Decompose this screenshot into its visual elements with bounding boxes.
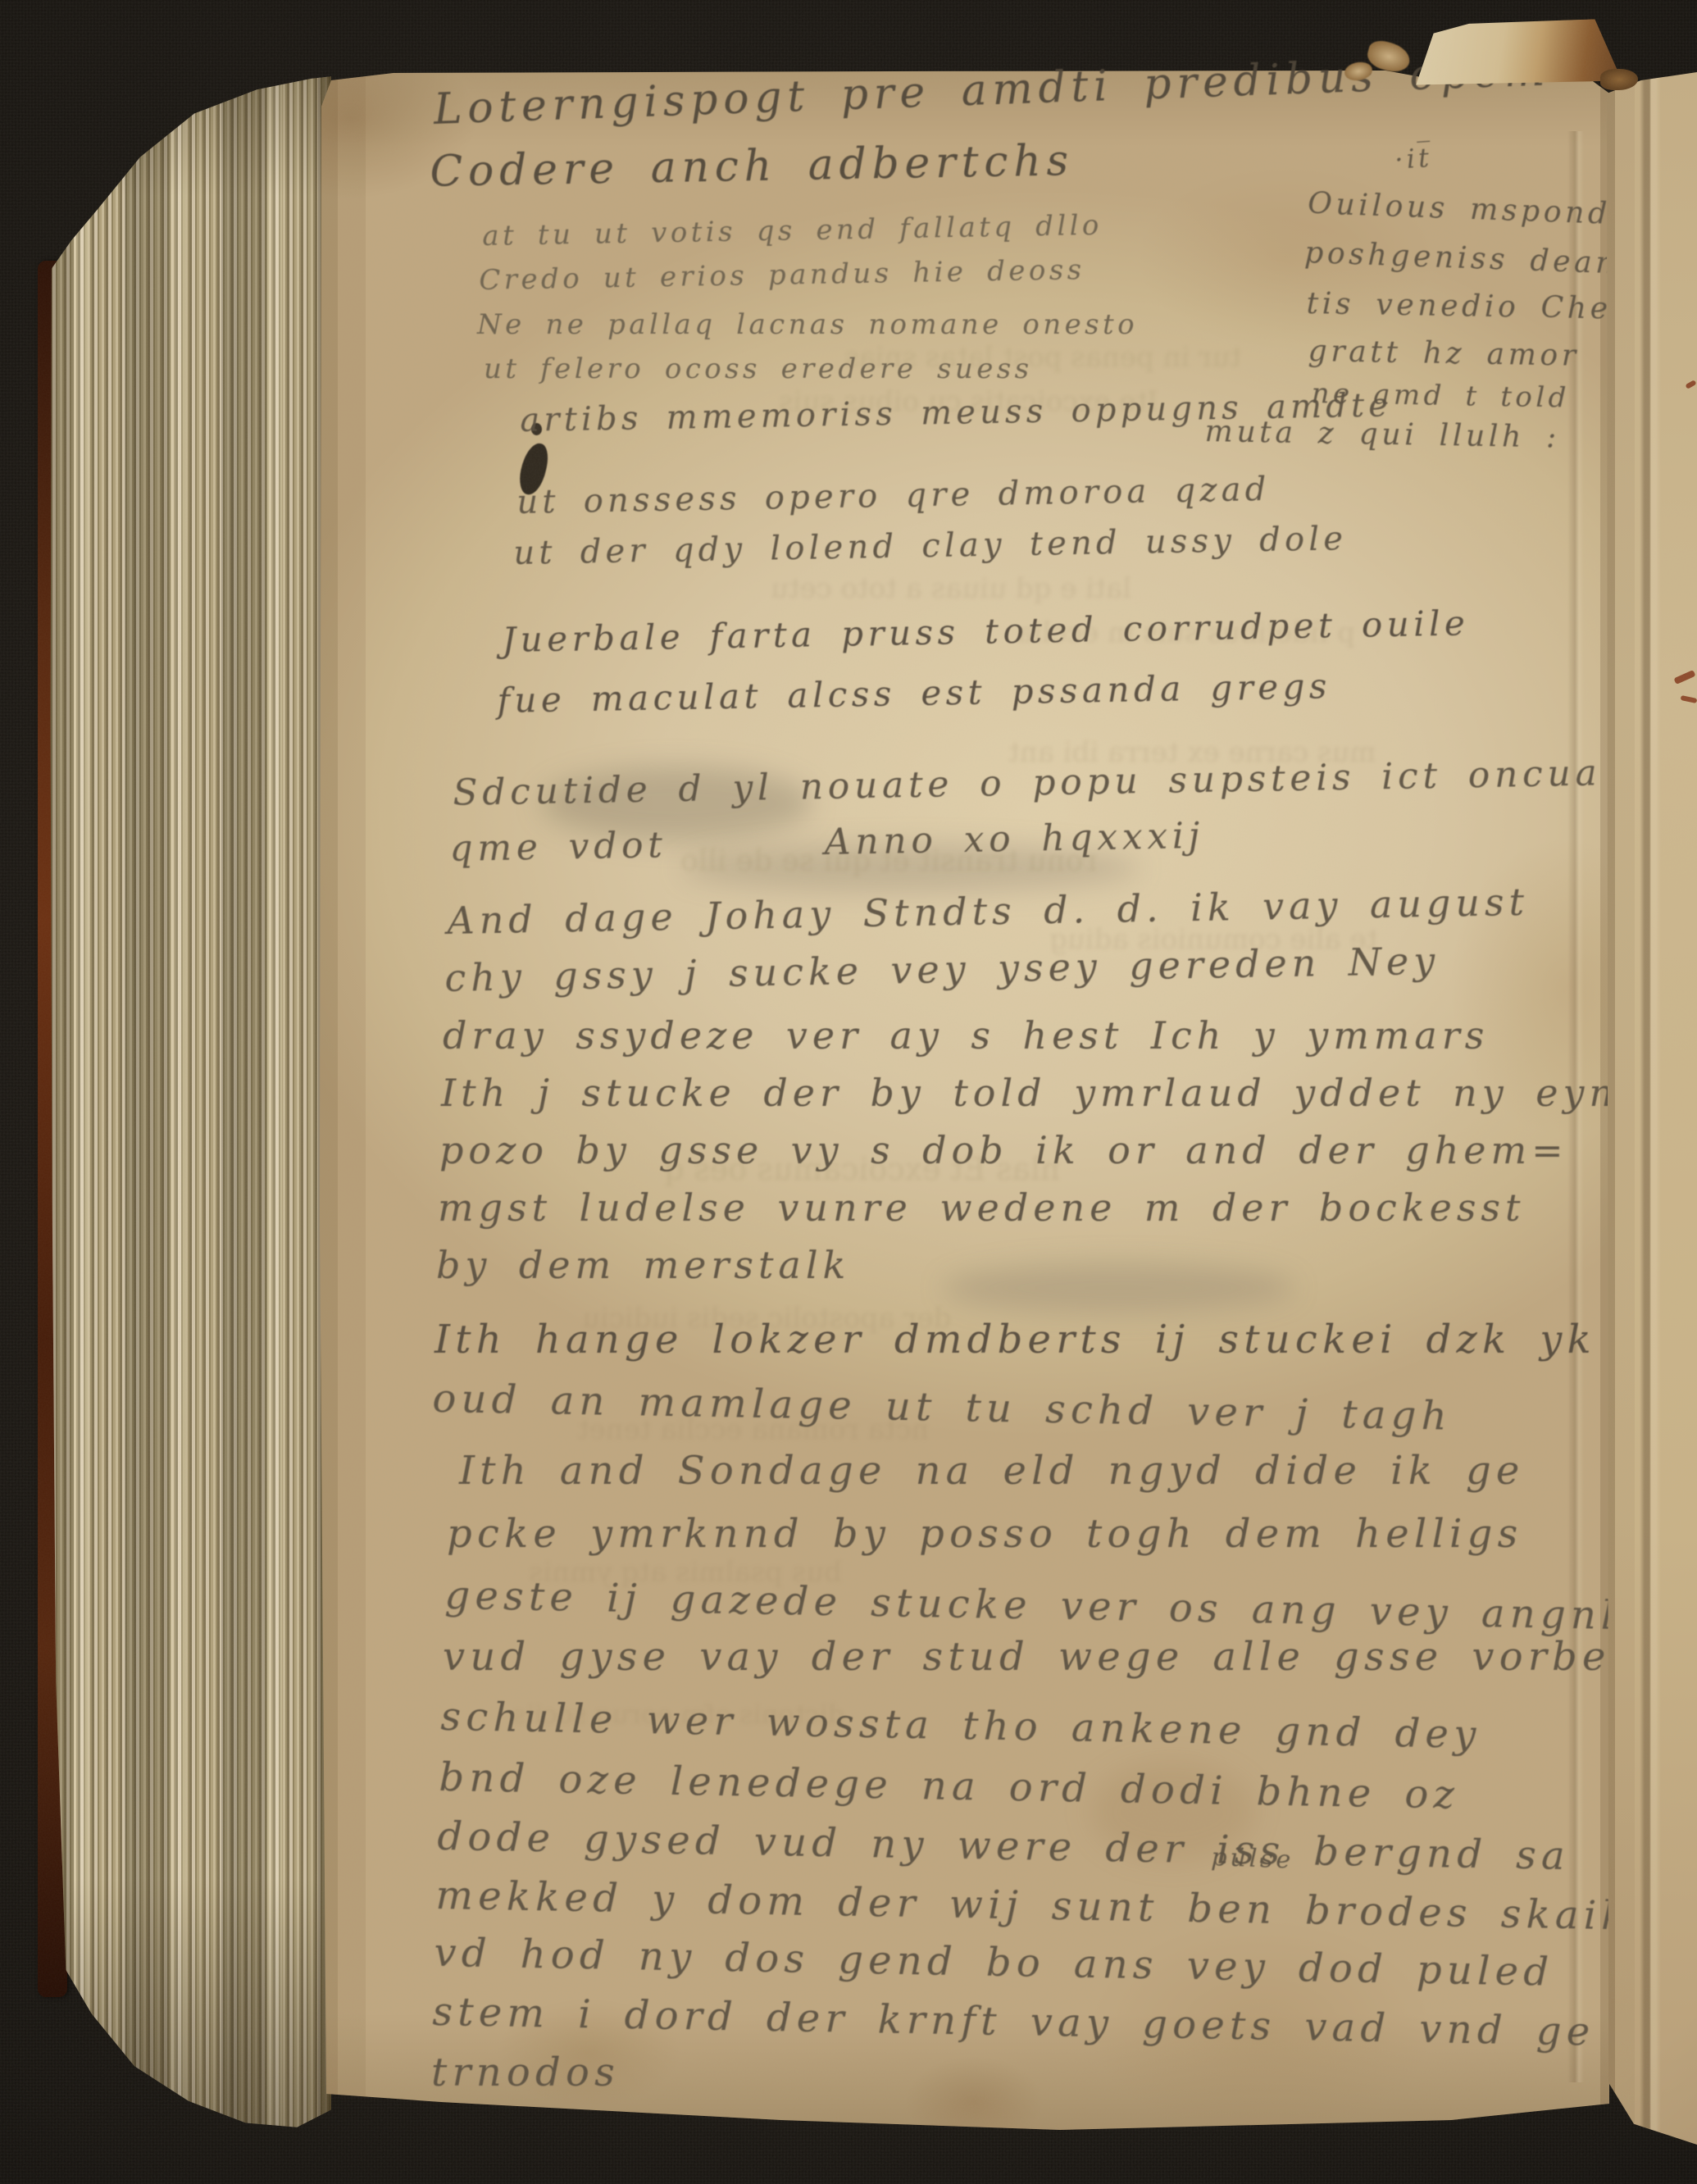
manuscript-line: pcke ymrknnd by posso togh dem helligs [447,1511,1522,1557]
margin-note-line: gratt hz amor [1308,334,1580,373]
manuscript-photo-scene: tur in penas post latas sniasIte excoica… [0,0,1697,2184]
manuscript-line: Ne ne pallaq lacnas nomane onesto [477,308,1138,341]
manuscript-line: Ith and Sondage na eld ngyd dide ik ge [459,1448,1525,1494]
manuscript-line: by dem merstalk [436,1243,850,1287]
torn-corner-flap [1406,19,1617,87]
margin-note-line: ne amd t told [1311,377,1570,414]
show-through-line: lati e qd uiuas a toto cetu [771,572,1131,605]
ink-smudge [943,1263,1295,1313]
manuscript-line: pozo by gsse vy s dob ik or and der ghem… [439,1128,1568,1172]
margin-note-line: muta z qui llulh : [1204,415,1560,455]
corner-mark: ·it̅ [1394,142,1433,175]
page-stack-fore-edge [46,0,331,2184]
manuscript-line: mgst ludelse vunre wedene m der bockesst [438,1185,1525,1230]
manuscript-line: Ith hange lokzer dmdberts ij stuckei dzk… [434,1317,1596,1363]
manuscript-line: dray ssydeze ver ay s hest Ich y ymmars [443,1013,1489,1058]
facing-page-gutter-edge [1607,72,1697,2145]
margin-note-line: tis venedio Che [1306,287,1612,325]
manuscript-line: trnodos [431,2050,620,2095]
interlinear-note: pülse [1211,1843,1294,1874]
manuscript-line: ut felero ocoss eredere suess [484,353,1032,385]
manuscript-line: Ith j stucke der by told ymrlaud yddet n… [441,1071,1645,1115]
manuscript-line: vud gyse vay der stud wege alle gsse vor… [443,1634,1641,1680]
